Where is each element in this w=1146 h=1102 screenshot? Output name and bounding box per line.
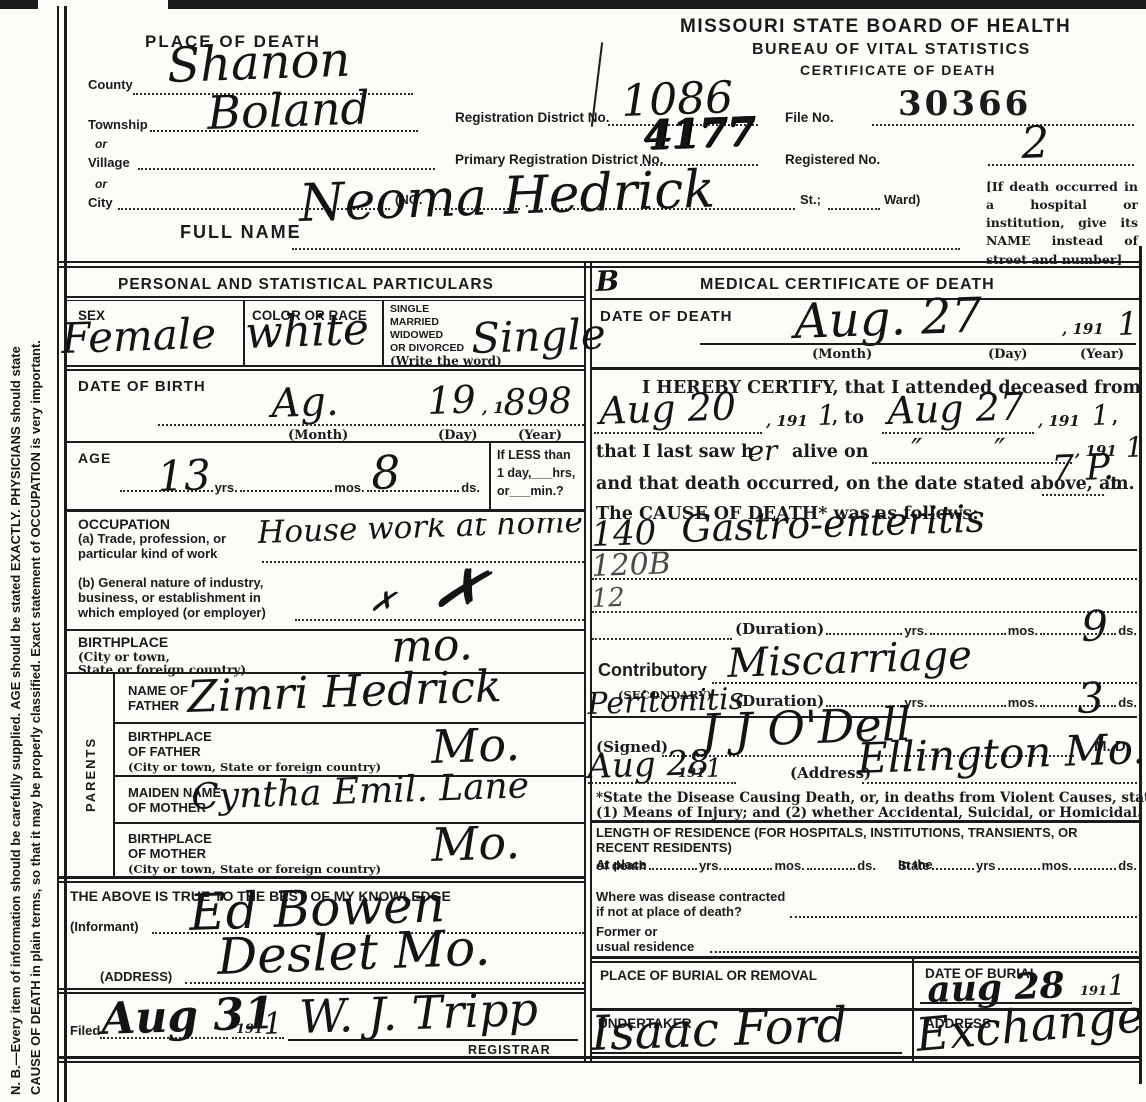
or-label-2: or (95, 178, 107, 192)
occ-a-line1: (a) Trade, profession, or (78, 532, 226, 547)
occ-a-value: House work at home (258, 518, 583, 549)
father-bp-label1: BIRTHPLACE (128, 730, 212, 745)
father-bp-label2: OF FATHER (128, 745, 201, 760)
death-occurred-statement: and that death occurred, on the date sta… (596, 474, 1118, 494)
state-yrs-line (932, 864, 974, 870)
duration2-mos-label: mos. (1008, 695, 1038, 710)
marital-option-married: MARRIED (390, 316, 439, 328)
alive-on-label: alive on (792, 442, 868, 462)
medical-pen-mark: B (595, 267, 620, 296)
at-place-mos-line (724, 864, 772, 870)
father-bp-value: Mo. (430, 721, 520, 770)
border-right (1139, 246, 1142, 1084)
duration2-mos-line (930, 701, 1006, 707)
age-mos-line (240, 486, 333, 492)
duration-ds-label: ds. (1118, 623, 1137, 638)
state-ds: ds. (1118, 858, 1137, 873)
age-row-rule (66, 509, 584, 512)
file-no-line (872, 124, 1134, 126)
full-name-line (292, 248, 960, 250)
age-subcell-line (489, 443, 491, 509)
personal-title: PERSONAL AND STATISTICAL PARTICULARS (118, 276, 494, 294)
residence-title-line1: LENGTH OF RESIDENCE (FOR HOSPITALS, INST… (596, 826, 1078, 841)
column-sep-2 (590, 261, 592, 1062)
signed-year-written: 1 (705, 755, 722, 782)
age-label: AGE (78, 450, 111, 466)
village-line (138, 168, 435, 170)
age-less-line3: or___min.? (497, 484, 564, 498)
death-time-line (1042, 494, 1104, 496)
mother-name-value: Cyntha Emil. Lane (191, 768, 530, 816)
marital-option-divorced: OR DIVORCED (390, 342, 464, 354)
township-value: Boland (206, 84, 370, 136)
dod-year-caption: (Year) (1080, 347, 1124, 362)
file-no-label: File No. (785, 110, 834, 126)
dod-row-rule (592, 367, 1139, 370)
scan-top-bar (168, 0, 1146, 9)
duration-ds-value: 9 (1081, 605, 1109, 648)
physician-address-value: Ellington Mo. (857, 728, 1146, 780)
dob-year-value: 898 (503, 384, 573, 422)
margin-note-line1: N. B.—Every item of information should b… (8, 346, 23, 1095)
header-rule-1 (57, 261, 1142, 263)
contributory-value: Miscarriage (727, 635, 973, 684)
attended-to-year: , 191 (1038, 412, 1080, 430)
ditto-mark-2: ″ (994, 436, 1006, 466)
father-name-label2: FATHER (128, 699, 179, 714)
duration2-ds-value: 3 (1077, 677, 1105, 720)
residence-title-line2: RECENT RESIDENTS) (596, 841, 732, 856)
last-saw-line (872, 462, 1072, 464)
death-time-m-label: m. (1110, 474, 1135, 494)
death-time-value: 7 P. (1051, 450, 1115, 488)
date-of-death-label: DATE OF DEATH (600, 308, 732, 325)
former-residence-line1: Former or (596, 925, 657, 940)
attended-from-value: Aug 20 (599, 387, 737, 430)
board-title: MISSOURI STATE BOARD OF HEALTH (680, 16, 1071, 38)
duration-label: (Duration) (735, 620, 824, 638)
sex-value: Female (61, 313, 217, 360)
duration-lead-line (592, 638, 732, 640)
filed-year-written: 1 (263, 1009, 283, 1040)
at-place-yrs-line (649, 864, 697, 870)
dod-day-caption: (Day) (988, 347, 1028, 362)
marital-option-single: SINGLE (390, 303, 429, 315)
village-label: Village (88, 156, 130, 171)
mother-bp-label2: OF MOTHER (128, 847, 206, 862)
residence-bottom-rule-1 (592, 956, 1139, 959)
signed-year-printed: 191 (678, 766, 705, 781)
age-yrs-label: yrs. (215, 480, 238, 495)
in-state-fill-row: State yrs mos. ds. (898, 858, 1137, 873)
last-saw-prefix: that I last saw h (596, 442, 754, 462)
age-less-line1: If LESS than (497, 448, 571, 462)
dob-row-rule (66, 441, 584, 443)
place-of-burial-label: PLACE OF BURIAL OR REMOVAL (600, 968, 817, 984)
duration2-ds-label: ds. (1118, 695, 1137, 710)
physician-address-line (862, 782, 1137, 784)
sex-row-rule-2 (66, 369, 584, 371)
filed-label: Filed (70, 1024, 100, 1039)
registrar-signature: W. J. Tripp (298, 986, 538, 1040)
attended-from-line (594, 432, 762, 434)
parents-bottom-rule-1 (57, 876, 584, 879)
full-name-value: Neoma Hedrick (298, 164, 716, 230)
township-label: Township (88, 118, 148, 133)
dob-day-value: 19 (427, 380, 477, 420)
at-place-mos: mos. (774, 858, 804, 873)
contributory-label: Contributory (598, 660, 707, 681)
column-sep-1 (584, 261, 586, 1062)
informant-address-value: Deslet Mo. (216, 922, 491, 982)
reg-district-label: Registration District No. (455, 110, 610, 126)
duration-mos-label: mos. (1008, 623, 1038, 638)
in-the-label2: State (898, 858, 930, 873)
bureau-title: BUREAU OF VITAL STATISTICS (752, 41, 1031, 59)
occ-b-line3: which employed (or employer) (78, 606, 266, 621)
border-left-outer (57, 6, 59, 1102)
mother-bp-value: Mo. (430, 819, 520, 868)
dod-line (700, 343, 1136, 345)
dob-month-value: Ag. (271, 382, 340, 424)
footnote-rule (592, 820, 1139, 823)
occ-row-rule (66, 629, 584, 631)
at-place-ds: ds. (857, 858, 876, 873)
occ-b-line2: business, or establishment in (78, 591, 261, 606)
at-place-fill-row: of death yrs. mos. ds. (596, 858, 876, 873)
birthplace-label: BIRTHPLACE (78, 634, 168, 650)
state-mos: mos. (1042, 858, 1072, 873)
occ-b-scribble-2: ✗ (428, 553, 492, 624)
age-ds-label: ds. (461, 480, 480, 495)
informant-address-label: (ADDRESS) (100, 970, 172, 985)
personal-title-rule-1 (66, 296, 584, 298)
scan-corner-mark (0, 0, 38, 9)
residence-bottom-rule-2 (592, 961, 1139, 963)
footnote-line1: *State the Disease Causing Death, or, in… (596, 790, 1146, 806)
marital-col-line (382, 301, 384, 365)
birthplace-sub1: (City or town, (78, 650, 170, 664)
full-name-label: FULL NAME (180, 222, 302, 243)
occ-b-line1: (b) General nature of industry, (78, 576, 263, 591)
occ-a-line2: particular kind of work (78, 547, 217, 562)
disease-contracted-line (790, 916, 1137, 918)
former-residence-line2: usual residence (596, 940, 694, 955)
father-name-value: Zimri Hedrick (186, 665, 502, 720)
city-ward-label: Ward) (884, 193, 920, 208)
age-years-value: 13 (157, 454, 212, 498)
marital-option-widowed: WIDOWED (390, 329, 443, 341)
attended-to-value: Aug 27 (887, 387, 1025, 430)
primary-reg-value: 4177 (643, 112, 756, 156)
attended-to-line (882, 432, 1034, 434)
registered-no-label: Registered No. (785, 152, 880, 168)
file-no-value: 30366 (898, 84, 1031, 124)
or-label-1: or (95, 138, 107, 152)
at-place-ds-line (807, 864, 855, 870)
occ-b-scribble-1: ✗ (368, 586, 397, 619)
border-left-inner (64, 6, 67, 1102)
marital-value: Single (471, 313, 607, 360)
filed-year-printed: 191 (236, 1022, 263, 1037)
margin-note-line2: CAUSE OF DEATH in plain terms, so that i… (28, 340, 43, 1095)
father-name-label1: NAME OF (128, 684, 188, 699)
dob-label: DATE OF BIRTH (78, 378, 206, 395)
age-days-value: 8 (370, 449, 401, 496)
date-of-death-value: Aug. 27 (793, 291, 982, 346)
occupation-label: OCCUPATION (78, 516, 170, 532)
duration-yrs-line (826, 629, 902, 635)
at-place-yrs: yrs. (699, 858, 722, 873)
hospital-note: [If death occurred in a hospital or inst… (986, 178, 1138, 269)
signed-date-line (588, 782, 736, 784)
last-saw-suffix: er (747, 437, 778, 466)
cause-line-1 (592, 549, 1137, 551)
age-mos-label: mos. (334, 480, 364, 495)
state-mos-line (998, 864, 1040, 870)
cause-text-1: Gastro-enteritis (681, 499, 986, 548)
cause-line-2 (592, 578, 1137, 580)
mother-bp-sub: (City or town, State or foreign country) (128, 862, 381, 876)
filed-year-line (232, 1037, 284, 1039)
city-label: City (88, 196, 113, 211)
cause-line-3 (592, 611, 1137, 613)
dob-line (158, 424, 584, 426)
informant-label: (Informant) (70, 920, 139, 935)
age-less-line2: 1 day,___hrs, (497, 466, 575, 480)
dod-year-printed: , 191 (1062, 320, 1104, 338)
ditto-mark-1: ″ (911, 436, 923, 466)
state-ds-line (1074, 864, 1116, 870)
sex-row-rule-1 (66, 365, 584, 367)
registered-no-value: 2 (1020, 121, 1050, 166)
disease-contracted-line1: Where was disease contracted (596, 890, 785, 905)
dod-month-caption: (Month) (812, 347, 872, 362)
registrar-line (288, 1039, 578, 1041)
state-yrs: yrs (976, 858, 996, 873)
attended-from-year: , 191 (766, 412, 808, 430)
city-st-label: St.; (800, 193, 821, 208)
undertaker-value: Isaac Ford (590, 1001, 848, 1058)
footnote-line2: (1) Means of Injury; and (2) whether Acc… (596, 805, 1142, 821)
disease-contracted-line2: if not at place of death? (596, 905, 742, 920)
attended-to-label: , to (832, 408, 864, 428)
personal-title-rule-2 (66, 300, 584, 301)
occ-a-clip: House work at home (258, 518, 584, 564)
attended-comma: , (1112, 408, 1118, 428)
registered-no-line (988, 164, 1134, 166)
undertaker-line (592, 1052, 902, 1054)
parents-label: PARENTS (84, 737, 99, 812)
dob-comma-printed: , 1 (482, 398, 504, 417)
city-ward-line (828, 208, 880, 210)
mother-bp-label1: BIRTHPLACE (128, 832, 212, 847)
at-place-label2: of death (596, 858, 647, 873)
death-certificate-document: N. B.—Every item of information should b… (0, 0, 1146, 1102)
certificate-title: CERTIFICATE OF DEATH (800, 62, 996, 78)
county-label: County (88, 78, 133, 93)
former-residence-line (710, 951, 1137, 953)
last-saw-year-written: 1 (1125, 433, 1144, 462)
attended-to-year-written: 1 (1091, 401, 1110, 430)
dod-year-written: 1 (1117, 307, 1138, 340)
color-race-value: white (244, 308, 369, 356)
cause-code-3: 12 (591, 585, 625, 612)
